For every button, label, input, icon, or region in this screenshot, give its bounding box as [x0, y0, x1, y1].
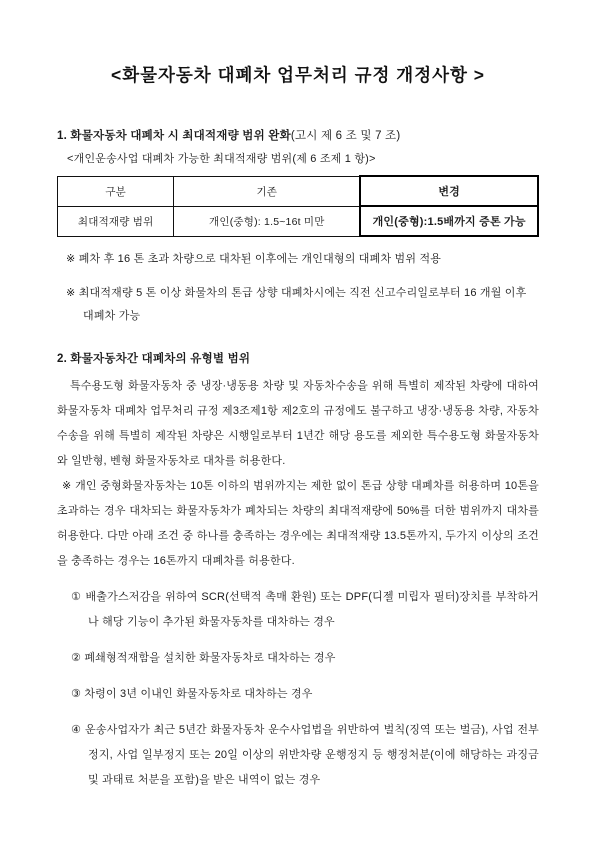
note-text: 최대적재량 5 톤 이상 화물차의 톤급 상향 대폐차시에는 직전 신고수리일로…	[79, 287, 527, 322]
note-text: 폐차 후 16 톤 초과 차량으로 대차된 이후에는 개인대형의 대폐차 범위 …	[79, 253, 441, 265]
condition-list: ① 배출가스저감을 위하여 SCR(선택적 촉매 환원) 또는 DPF(디젤 미…	[57, 585, 539, 793]
list-item-4: ④ 운송사업자가 최근 5년간 화물자동차 운수사업법을 위반하여 벌칙(징역 …	[71, 718, 539, 793]
list-item-text: 차령이 3년 이내인 화물자동차로 대차하는 경우	[84, 688, 312, 700]
table-header-row: 구분 기존 변경	[58, 176, 539, 206]
list-item-marker: ②	[71, 652, 81, 664]
list-item-3: ③ 차령이 3년 이내인 화물자동차로 대차하는 경우	[71, 682, 539, 707]
list-item-text: 배출가스저감을 위하여 SCR(선택적 촉매 환원) 또는 DPF(디젤 미립자…	[85, 591, 539, 628]
document-page: <화물자동차 대폐차 업무처리 규정 개정사항 > 1. 화물자동차 대폐차 시…	[0, 0, 595, 841]
table-caption: <개인운송사업 대폐차 가능한 최대적재량 범위(제 6 조제 1 항)>	[67, 150, 539, 166]
table-row: 최대적재량 범위 개인(중형): 1.5~16t 미만 개인(중형):1.5배까…	[58, 206, 539, 236]
note-marker: ※	[66, 253, 75, 265]
section-2-note: ※ 개인 중형화물자동차는 10톤 이하의 범위까지는 제한 없이 톤급 상향 …	[57, 474, 539, 574]
list-item-text: 운송사업자가 최근 5년간 화물자동차 운수사업법을 위반하여 벌칙(징역 또는…	[85, 724, 539, 786]
note-text: 개인 중형화물자동차는 10톤 이하의 범위까지는 제한 없이 톤급 상향 대폐…	[57, 480, 539, 567]
table-header-existing: 기존	[174, 176, 360, 206]
list-item-marker: ③	[71, 688, 81, 700]
list-item-marker: ①	[71, 591, 82, 603]
table-cell-changed: 개인(중형):1.5배까지 증톤 가능	[360, 206, 538, 236]
list-item-marker: ④	[71, 724, 81, 736]
section-2-heading: 2. 화물자동차간 대폐차의 유형별 범위	[57, 350, 539, 366]
table-cell-existing: 개인(중형): 1.5~16t 미만	[174, 206, 360, 236]
section-2-paragraph: 특수용도형 화물자동차 중 냉장·냉동용 차량 및 자동차수송을 위해 특별히 …	[57, 374, 539, 474]
note-item: ※ 폐차 후 16 톤 초과 차량으로 대차된 이후에는 개인대형의 대폐차 범…	[66, 248, 539, 271]
document-title: <화물자동차 대폐차 업무처리 규정 개정사항 >	[57, 62, 539, 87]
list-item-1: ① 배출가스저감을 위하여 SCR(선택적 촉매 환원) 또는 DPF(디젤 미…	[71, 585, 539, 635]
section-2: 2. 화물자동차간 대폐차의 유형별 범위 특수용도형 화물자동차 중 냉장·냉…	[57, 350, 539, 793]
section-1-heading-main: 1. 화물자동차 대폐차 시 최대적재량 범위 완화	[57, 130, 291, 142]
table-header-category: 구분	[58, 176, 174, 206]
max-load-range-table: 구분 기존 변경 최대적재량 범위 개인(중형): 1.5~16t 미만 개인(…	[57, 175, 539, 237]
note-item: ※ 최대적재량 5 톤 이상 화물차의 톤급 상향 대폐차시에는 직전 신고수리…	[66, 282, 539, 328]
table-cell-category: 최대적재량 범위	[58, 206, 174, 236]
note-marker: ※	[66, 287, 75, 299]
section-1: 1. 화물자동차 대폐차 시 최대적재량 범위 완화(고시 제 6 조 및 7 …	[57, 127, 539, 328]
section-1-heading: 1. 화물자동차 대폐차 시 최대적재량 범위 완화(고시 제 6 조 및 7 …	[57, 127, 539, 143]
table-header-changed: 변경	[360, 176, 538, 206]
note-marker: ※	[62, 480, 72, 492]
section-1-notes: ※ 폐차 후 16 톤 초과 차량으로 대차된 이후에는 개인대형의 대폐차 범…	[57, 248, 539, 328]
list-item-text: 폐쇄형적재함을 설치한 화물자동차로 대차하는 경우	[84, 652, 335, 664]
list-item-2: ② 폐쇄형적재함을 설치한 화물자동차로 대차하는 경우	[71, 646, 539, 671]
section-1-heading-suffix: (고시 제 6 조 및 7 조)	[291, 130, 400, 142]
